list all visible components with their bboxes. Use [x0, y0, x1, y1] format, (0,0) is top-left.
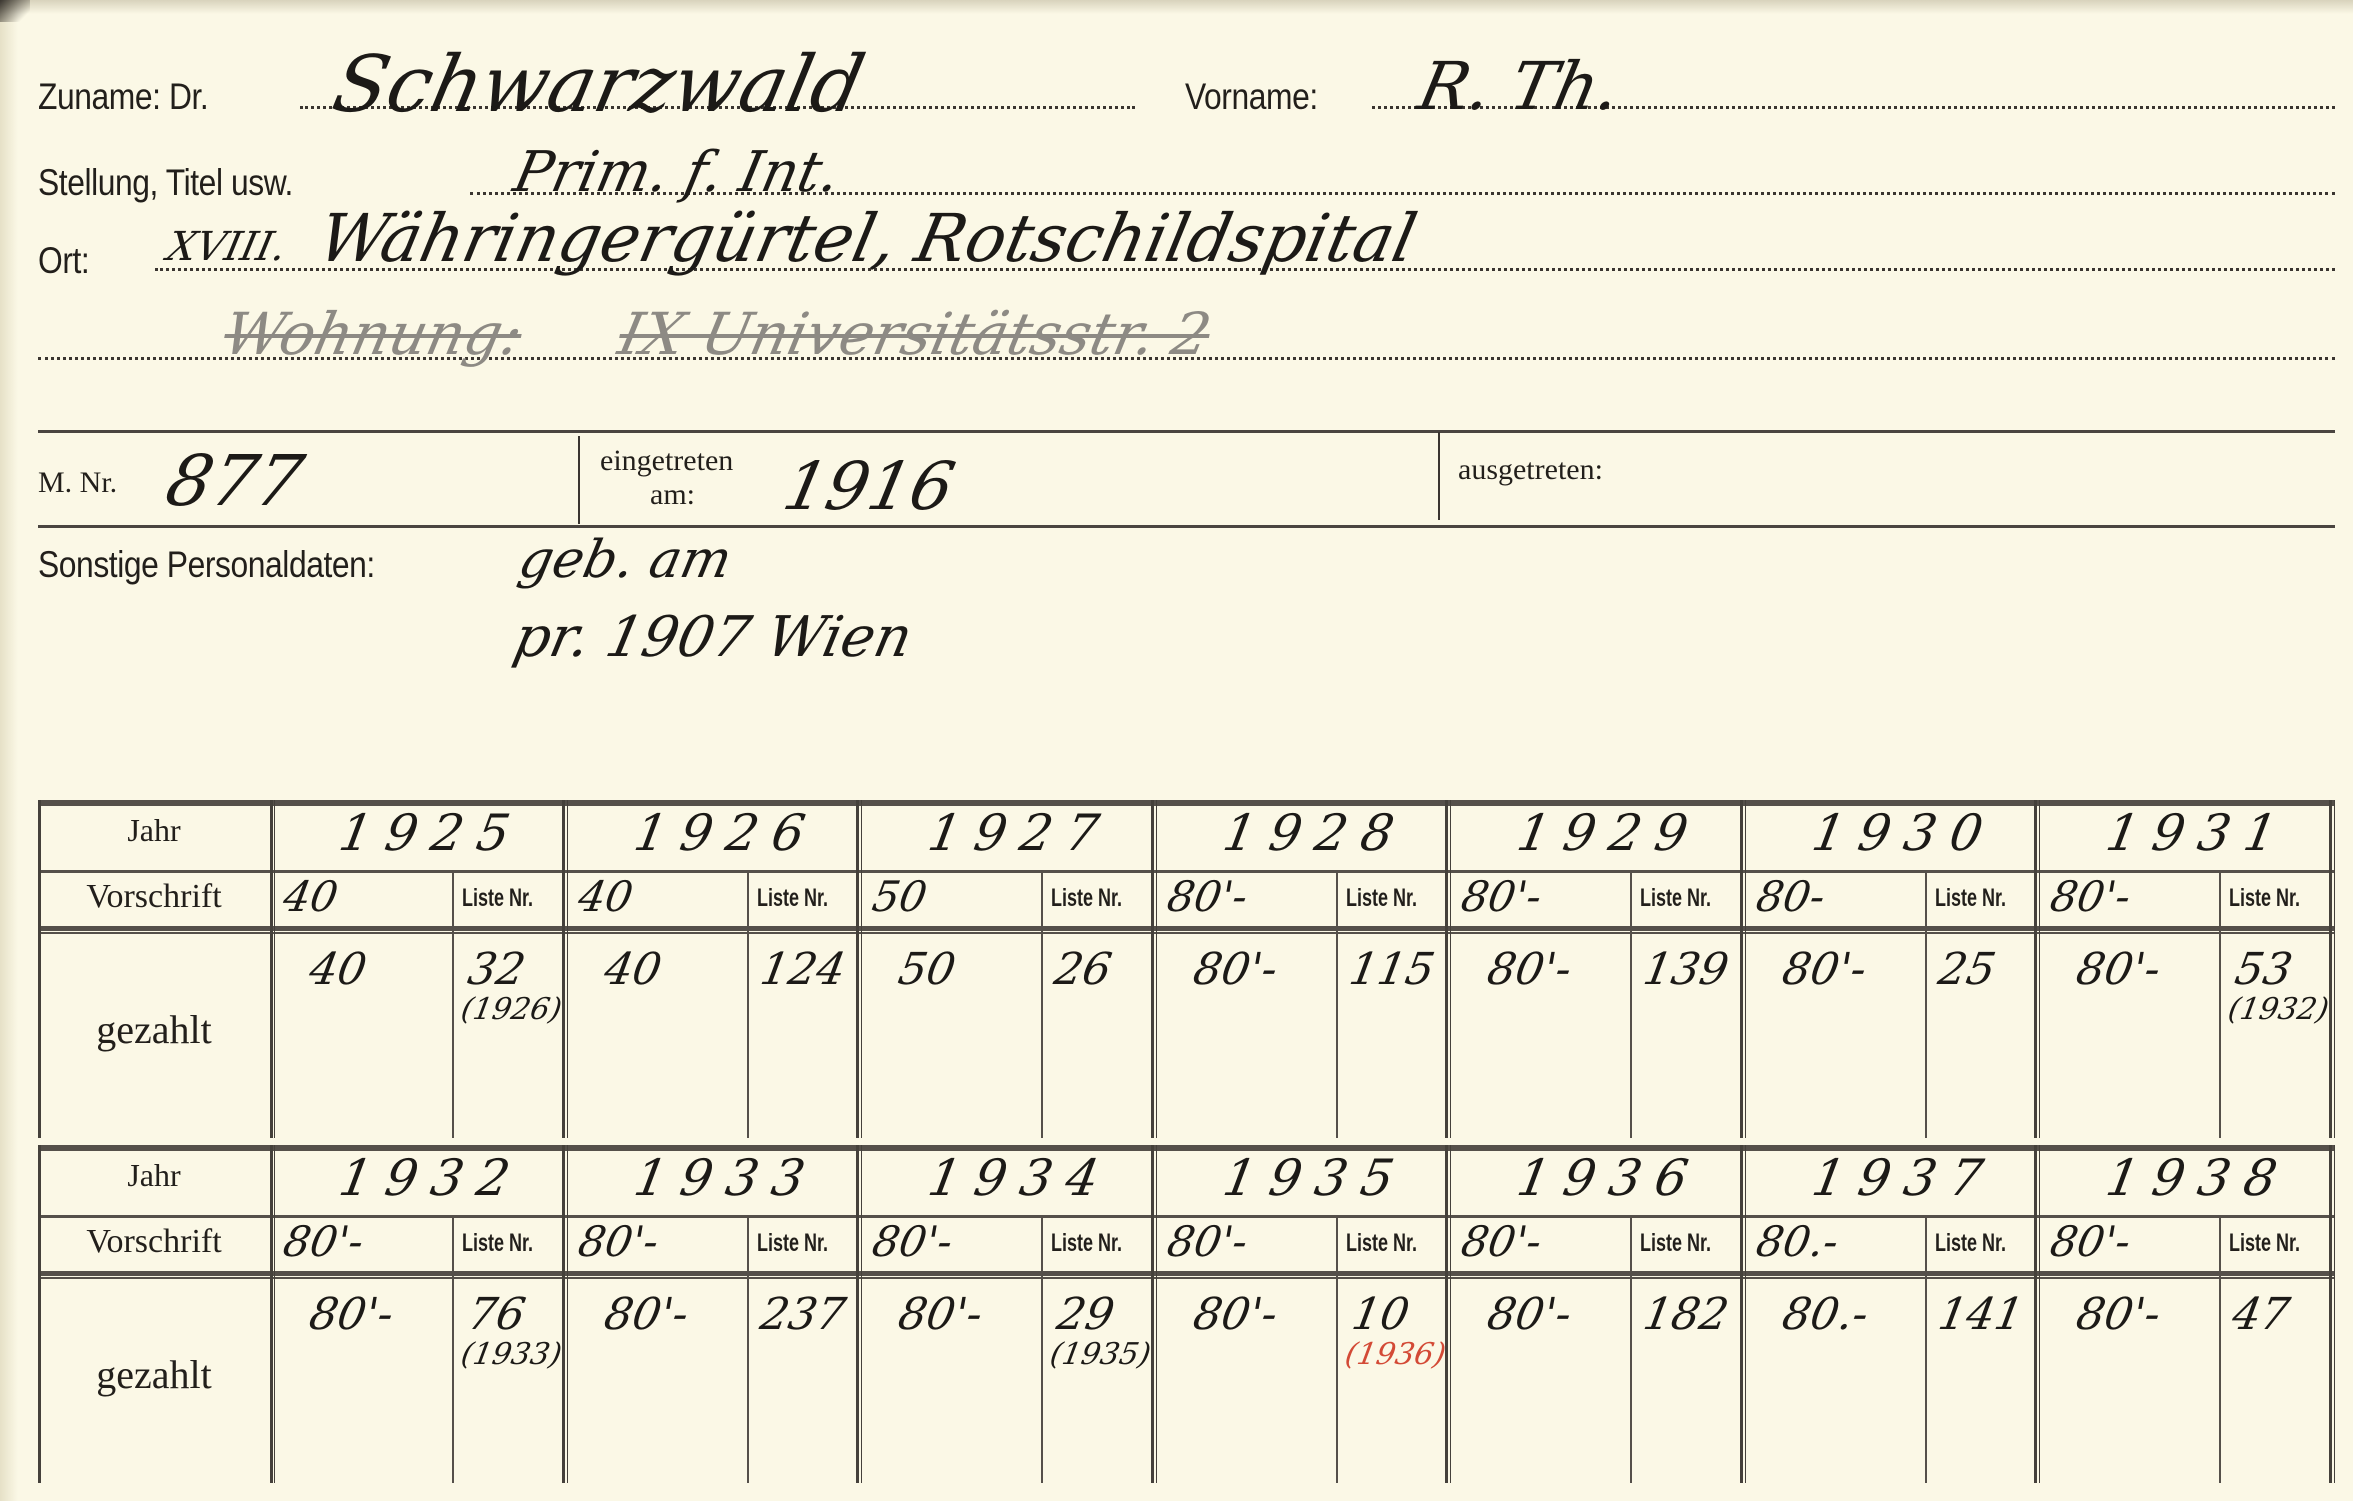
vorschrift-value: 80'-	[2047, 872, 2135, 921]
liste-col-border	[1336, 870, 1338, 1138]
liste-nr-label: Liste Nr.	[757, 1229, 828, 1258]
liste-col-border	[747, 1215, 749, 1483]
ort-label: Ort:	[38, 240, 89, 282]
zuname-value: Schwarzwald	[325, 40, 871, 130]
ort-district-value: XVIII.	[163, 224, 290, 270]
year-value: 1925	[335, 804, 528, 862]
liste-number: 32	[464, 944, 529, 995]
table-left-border	[38, 1145, 41, 1483]
eingetreten-label: eingetreten	[600, 446, 733, 476]
liste-col-border	[1925, 870, 1927, 1138]
year-col-border	[1445, 800, 1448, 1138]
liste-col-border	[1925, 1215, 1927, 1483]
eingetreten-value: 1916	[777, 448, 961, 525]
year-value: 1931	[2102, 804, 2295, 862]
liste-col-border	[452, 870, 454, 1138]
liste-value: 10(1936)	[1342, 1289, 1456, 1370]
liste-number: 237	[756, 1289, 849, 1340]
vorschrift-rule-2	[38, 932, 2335, 934]
liste-number: 29	[1053, 1289, 1118, 1340]
gezahlt-value: 80'-	[1189, 1289, 1281, 1340]
liste-number: 10	[1348, 1289, 1413, 1340]
gezahlt-value: 80'-	[2073, 944, 2165, 995]
year-col-border-2	[861, 800, 862, 1138]
vorschrift-value: 80-	[1752, 872, 1828, 921]
year-value: 1927	[924, 804, 1117, 862]
liste-nr-label: Liste Nr.	[1640, 1229, 1711, 1258]
gezahlt-value: 80'-	[306, 1289, 398, 1340]
liste-value: 124	[756, 944, 849, 995]
year-value: 1933	[629, 1149, 822, 1207]
eingetreten-divider	[1438, 432, 1440, 520]
vorschrift-value: 80'-	[574, 1217, 662, 1266]
liste-value: 53(1932)	[2226, 944, 2340, 1025]
sonstige-label: Sonstige Personaldaten:	[38, 544, 375, 586]
liste-value: 182	[1640, 1289, 1733, 1340]
liste-nr-label: Liste Nr.	[1640, 884, 1711, 913]
vorschrift-value: 40	[574, 872, 636, 921]
liste-nr-label: Liste Nr.	[1935, 884, 2006, 913]
liste-value: 25	[1934, 944, 1999, 995]
liste-number: 139	[1640, 944, 1733, 995]
year-col-border-2	[1450, 800, 1451, 1138]
year-col-border	[856, 800, 859, 1138]
liste-value: 237	[756, 1289, 849, 1340]
liste-number: 141	[1934, 1289, 2027, 1340]
vorschrift-value: 80'-	[869, 1217, 957, 1266]
mnr-value: 877	[159, 440, 310, 522]
liste-value: 139	[1640, 944, 1733, 995]
liste-year-note: (1935)	[1048, 1340, 1153, 1370]
year-col-border-2	[1745, 800, 1746, 1138]
year-col-border	[1740, 1145, 1743, 1483]
liste-value: 141	[1934, 1289, 2027, 1340]
jahr-label: Jahr	[38, 1157, 270, 1194]
vorschrift-label: Vorschrift	[38, 1223, 270, 1261]
liste-value: 29(1935)	[1048, 1289, 1162, 1370]
eingetreten-am-label: am:	[650, 480, 695, 510]
year-value: 1928	[1218, 804, 1411, 862]
year-value: 1936	[1513, 1149, 1706, 1207]
mnr-label: M. Nr.	[38, 468, 117, 498]
vorschrift-value: 80'-	[1163, 1217, 1251, 1266]
mnr-top-rule	[38, 430, 2335, 433]
liste-nr-label: Liste Nr.	[1346, 1229, 1417, 1258]
stellung-value: Prim. f. Int.	[508, 140, 846, 205]
year-value: 1930	[1807, 804, 2000, 862]
vorschrift-rule	[38, 1271, 2335, 1276]
gezahlt-value: 40	[306, 944, 371, 995]
year-col-border-2	[2039, 1145, 2040, 1483]
liste-number: 47	[2229, 1289, 2294, 1340]
liste-col-border	[1630, 1215, 1632, 1483]
year-value: 1937	[1807, 1149, 2000, 1207]
liste-col-border	[452, 1215, 454, 1483]
dues-block: JahrVorschriftgezahlt192540Liste Nr.4032…	[38, 800, 2335, 1138]
liste-col-border	[1630, 870, 1632, 1138]
gezahlt-value: 80'-	[600, 1289, 692, 1340]
gezahlt-label: gezahlt	[38, 1351, 270, 1398]
label-col-border-2	[274, 1145, 275, 1483]
liste-col-border	[2219, 1215, 2221, 1483]
liste-col-border	[1041, 870, 1043, 1138]
liste-number: 115	[1345, 944, 1438, 995]
label-col-border	[270, 800, 273, 1138]
liste-number: 76	[464, 1289, 529, 1340]
liste-year-note: (1933)	[459, 1340, 564, 1370]
mnr-bottom-rule	[38, 525, 2335, 528]
gezahlt-value: 50	[895, 944, 960, 995]
vorschrift-rule	[38, 926, 2335, 931]
year-value: 1926	[629, 804, 822, 862]
liste-col-border	[1336, 1215, 1338, 1483]
vorschrift-value: 80'-	[1458, 1217, 1546, 1266]
year-value: 1934	[924, 1149, 1117, 1207]
year-col-border	[1151, 800, 1154, 1138]
liste-nr-label: Liste Nr.	[1051, 1229, 1122, 1258]
liste-number: 182	[1640, 1289, 1733, 1340]
year-value: 1929	[1513, 804, 1706, 862]
year-col-border	[2034, 800, 2037, 1138]
membership-card: Zuname: Dr. Schwarzwald Vorname: R. Th. …	[0, 0, 2353, 1501]
liste-nr-label: Liste Nr.	[1935, 1229, 2006, 1258]
dues-block: JahrVorschriftgezahlt193280'-Liste Nr.80…	[38, 1145, 2335, 1483]
liste-value: 115	[1345, 944, 1438, 995]
liste-col-border	[747, 870, 749, 1138]
gezahlt-value: 80'-	[1778, 944, 1870, 995]
year-col-border-2	[2334, 1145, 2335, 1483]
ort-value: Währingergürtel, Rotschildspital	[312, 200, 1423, 277]
year-value: 1938	[2102, 1149, 2295, 1207]
year-col-border	[856, 1145, 859, 1483]
liste-value: 76(1933)	[459, 1289, 573, 1370]
vorschrift-value: 80'-	[2047, 1217, 2135, 1266]
ausgetreten-label: ausgetreten:	[1458, 455, 1603, 485]
vorname-value: R. Th.	[1412, 48, 1628, 125]
wohnung-value: IX Universitätsstr. 2	[613, 300, 1217, 368]
liste-year-note: (1936)	[1342, 1340, 1447, 1370]
wohnung-label-value: Wohnung:	[218, 300, 529, 368]
vorschrift-label: Vorschrift	[38, 878, 270, 916]
vorschrift-value: 50	[869, 872, 931, 921]
liste-value: 26	[1051, 944, 1116, 995]
zuname-label: Zuname: Dr.	[38, 76, 208, 118]
label-col-border-2	[274, 800, 275, 1138]
year-col-border-2	[861, 1145, 862, 1483]
liste-value: 47	[2229, 1289, 2294, 1340]
sonstige-value-line1: geb. am	[514, 530, 737, 590]
liste-year-note: (1932)	[2226, 995, 2331, 1025]
gezahlt-value: 80'-	[2073, 1289, 2165, 1340]
gezahlt-value: 80'-	[1484, 1289, 1576, 1340]
stellung-label: Stellung, Titel usw.	[38, 162, 293, 204]
year-col-border	[1740, 800, 1743, 1138]
vorname-label: Vorname:	[1185, 76, 1318, 118]
liste-number: 53	[2231, 944, 2296, 995]
liste-value: 32(1926)	[459, 944, 573, 1025]
scan-corner-shadow	[0, 0, 30, 22]
gezahlt-value: 80'-	[1484, 944, 1576, 995]
year-col-border-2	[1156, 800, 1157, 1138]
vorschrift-value: 80.-	[1752, 1217, 1842, 1266]
vorschrift-rule-2	[38, 1277, 2335, 1279]
liste-nr-label: Liste Nr.	[2229, 884, 2300, 913]
table-left-border	[38, 800, 41, 1138]
gezahlt-value: 80.-	[1778, 1289, 1872, 1340]
year-col-border-2	[1745, 1145, 1746, 1483]
gezahlt-value: 40	[600, 944, 665, 995]
liste-nr-label: Liste Nr.	[1051, 884, 1122, 913]
sonstige-value-line2: pr. 1907 Wien	[508, 605, 918, 670]
vorschrift-value: 80'-	[1458, 872, 1546, 921]
jahr-label: Jahr	[38, 812, 270, 849]
vorschrift-value: 40	[280, 872, 342, 921]
gezahlt-value: 80'-	[1189, 944, 1281, 995]
liste-year-note: (1926)	[459, 995, 564, 1025]
liste-col-border	[2219, 870, 2221, 1138]
year-value: 1935	[1218, 1149, 1411, 1207]
year-col-border-2	[2039, 800, 2040, 1138]
year-col-border	[2329, 1145, 2332, 1483]
label-col-border	[270, 1145, 273, 1483]
vorschrift-value: 80'-	[280, 1217, 368, 1266]
gezahlt-value: 80'-	[895, 1289, 987, 1340]
vorschrift-value: 80'-	[1163, 872, 1251, 921]
liste-col-border	[1041, 1215, 1043, 1483]
liste-nr-label: Liste Nr.	[1346, 884, 1417, 913]
liste-number: 124	[756, 944, 849, 995]
liste-nr-label: Liste Nr.	[462, 1229, 533, 1258]
year-col-border	[2034, 1145, 2037, 1483]
liste-nr-label: Liste Nr.	[2229, 1229, 2300, 1258]
liste-nr-label: Liste Nr.	[462, 884, 533, 913]
year-value: 1932	[335, 1149, 528, 1207]
gezahlt-label: gezahlt	[38, 1006, 270, 1053]
liste-number: 26	[1051, 944, 1116, 995]
liste-nr-label: Liste Nr.	[757, 884, 828, 913]
mnr-divider	[578, 436, 580, 524]
liste-number: 25	[1934, 944, 1999, 995]
